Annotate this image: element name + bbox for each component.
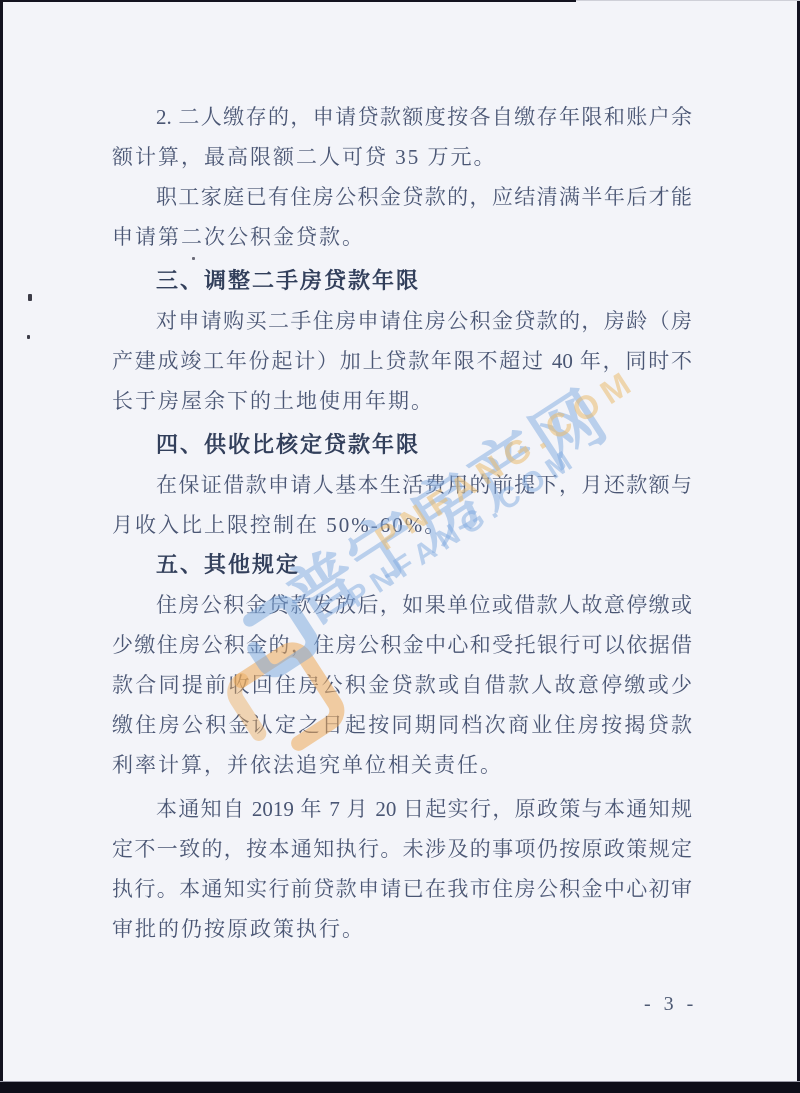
page-number: - 3 -	[644, 993, 697, 1016]
text-line: 缴住房公积金认定之日起按同期同档次商业住房按揭贷款	[112, 705, 692, 745]
text-line: 执行。本通知实行前贷款申请已在我市住房公积金中心初审	[112, 869, 692, 909]
text-line: 对申请购买二手住房申请住房公积金贷款的，房龄（房	[112, 301, 692, 341]
scan-edge-top	[0, 0, 576, 2]
document-content: 2. 二人缴存的，申请贷款额度按各自缴存年限和账户余额计算，最高限额二人可贷 3…	[112, 97, 692, 949]
section-heading: 三、调整二手房贷款年限	[112, 261, 692, 301]
text-line: 住房公积金贷款发放后，如果单位或借款人故意停缴或	[112, 585, 692, 625]
scan-edge-left	[0, 0, 3, 1093]
section-heading: 五、其他规定	[112, 545, 692, 585]
text-line: 利率计算，并依法追究单位相关责任。	[112, 745, 692, 785]
text-line: 本通知自 2019 年 7 月 20 日起实行，原政策与本通知规	[112, 789, 692, 829]
text-line: 职工家庭已有住房公积金贷款的，应结清满半年后才能	[112, 177, 692, 217]
text-line: 少缴住房公积金的，住房公积金中心和受托银行可以依据借	[112, 625, 692, 665]
text-line: 产建成竣工年份起计）加上贷款年限不超过 40 年，同时不	[112, 341, 692, 381]
scan-edge-bottom	[0, 1082, 800, 1093]
text-line: 长于房屋余下的土地使用年期。	[112, 381, 692, 421]
text-line: 额计算，最高限额二人可贷 35 万元。	[112, 137, 692, 177]
text-line: 申请第二次公积金贷款。	[112, 217, 692, 257]
text-line: 审批的仍按原政策执行。	[112, 909, 692, 949]
scan-speck	[192, 257, 195, 260]
scan-speck	[27, 335, 30, 339]
text-line: 2. 二人缴存的，申请贷款额度按各自缴存年限和账户余	[112, 97, 692, 137]
scan-speck	[28, 294, 32, 301]
text-line: 月收入比上限控制在 50%-60%。	[112, 505, 692, 545]
scanned-document-page: 2. 二人缴存的，申请贷款额度按各自缴存年限和账户余额计算，最高限额二人可贷 3…	[0, 0, 800, 1093]
text-line: 在保证借款申请人基本生活费用的前提下，月还款额与	[112, 465, 692, 505]
section-heading: 四、供收比核定贷款年限	[112, 425, 692, 465]
scan-edge-top-right	[576, 0, 800, 1]
text-line: 定不一致的，按本通知执行。未涉及的事项仍按原政策规定	[112, 829, 692, 869]
text-line: 款合同提前收回住房公积金贷款或自借款人故意停缴或少	[112, 665, 692, 705]
